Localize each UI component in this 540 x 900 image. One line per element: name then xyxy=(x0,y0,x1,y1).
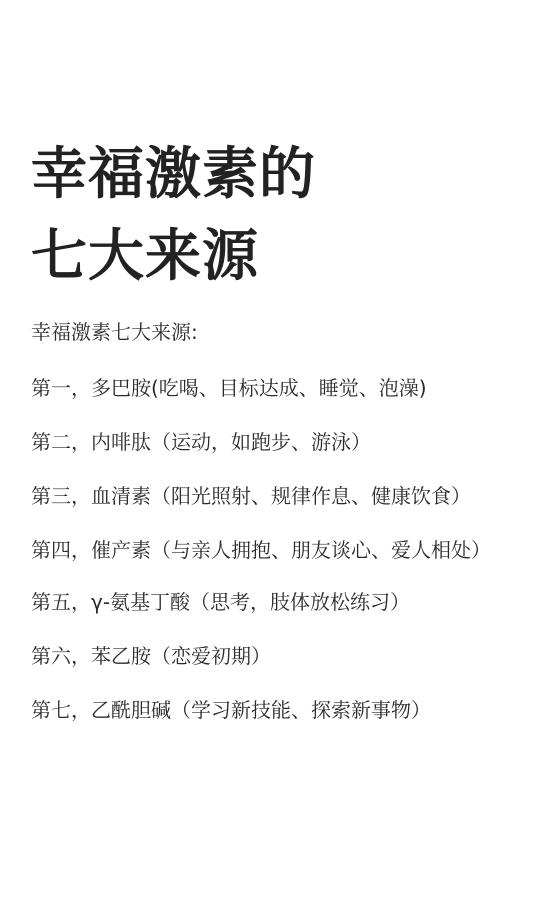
list-item-serotonin: 第三，血清素（阳光照射、规律作息、健康饮食） xyxy=(31,478,516,514)
list-item-dopamine: 第一，多巴胺(吃喝、目标达成、睡觉、泡澡) xyxy=(31,370,516,406)
list-item-oxytocin: 第四，催产素（与亲人拥抱、朋友谈心、爱人相处） xyxy=(31,532,516,568)
title-line-2: 七大来源 xyxy=(31,216,316,298)
list-item-endorphin: 第二，内啡肽（运动，如跑步、游泳） xyxy=(31,424,516,460)
page-title: 幸福激素的 七大来源 xyxy=(31,134,316,298)
intro-text: 幸福激素七大来源: xyxy=(31,318,198,346)
document-page: 幸福激素的 七大来源 幸福激素七大来源: 第一，多巴胺(吃喝、目标达成、睡觉、泡… xyxy=(0,0,540,900)
title-line-1: 幸福激素的 xyxy=(31,134,316,216)
list-item-gaba: 第五，γ-氨基丁酸（思考，肢体放松练习） xyxy=(31,584,516,620)
list-item-phenylethylamine: 第六，苯乙胺（恋爱初期） xyxy=(31,638,516,674)
hormone-source-list: 第一，多巴胺(吃喝、目标达成、睡觉、泡澡) 第二，内啡肽（运动，如跑步、游泳） … xyxy=(31,370,516,746)
list-item-acetylcholine: 第七，乙酰胆碱（学习新技能、探索新事物） xyxy=(31,692,516,728)
